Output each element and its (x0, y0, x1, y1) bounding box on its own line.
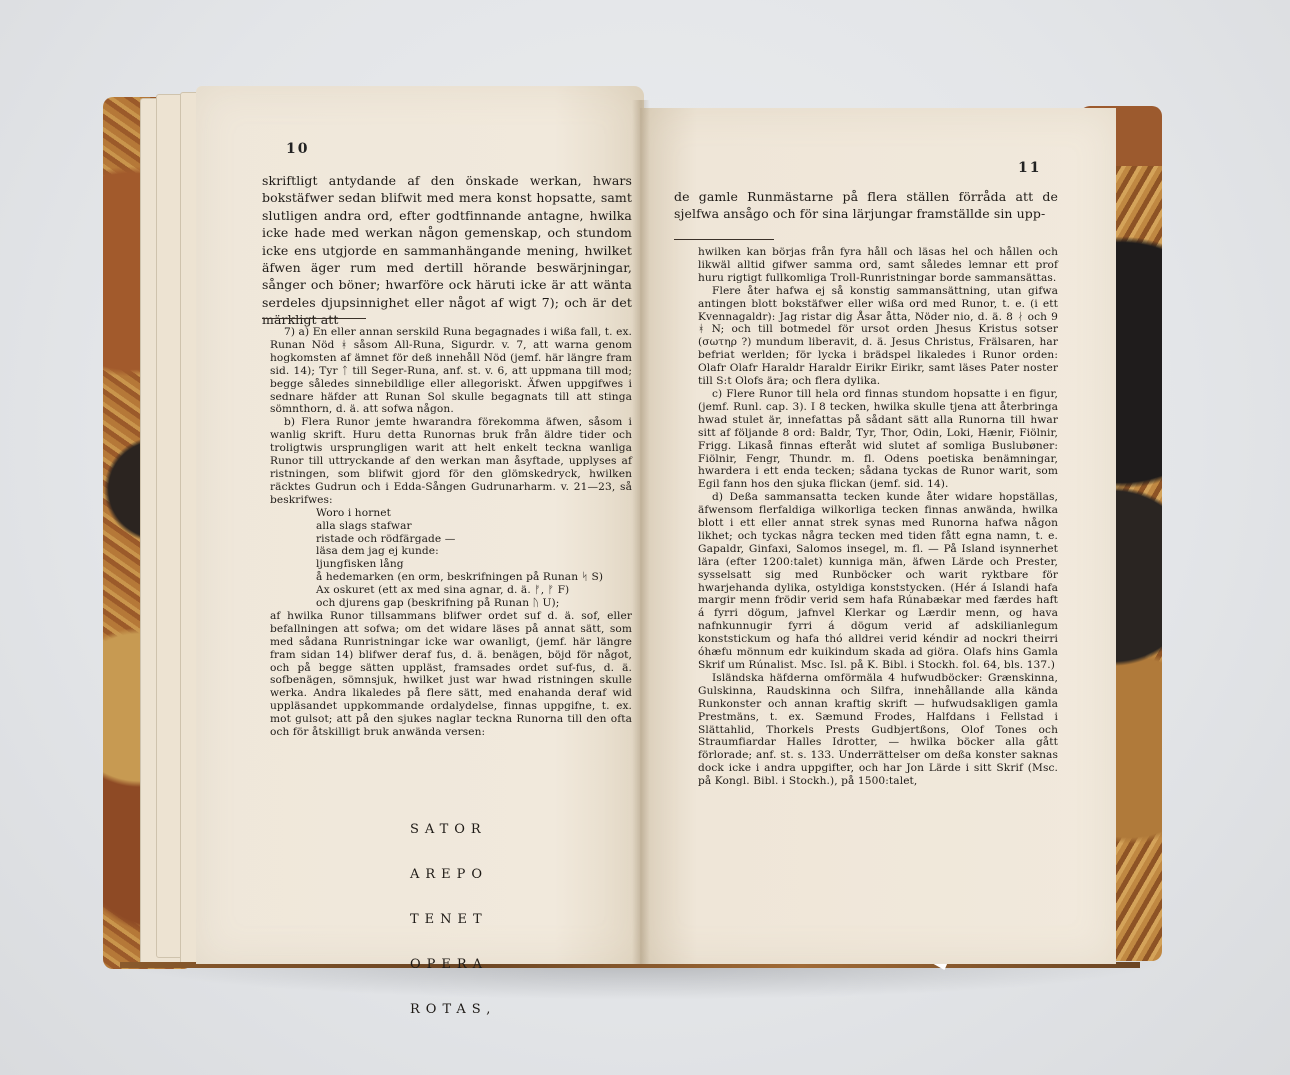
footnote-a: 7) a) En eller annan serskild Runa begag… (270, 326, 632, 416)
footnote-d: d) Deßa sammansatta tecken kunde åter wi… (698, 491, 1058, 672)
footnote-b-intro: b) Flera Runor jemte hwarandra förekomma… (270, 416, 632, 506)
verse-line: ristade och rödfärgade — (316, 533, 632, 546)
footnote-continuation: hwilken kan börjas från fyra håll och lä… (698, 246, 1058, 285)
footnote-b-rest: af hwilka Runor tillsammans blifwer orde… (270, 610, 632, 739)
edda-verse: Woro i hornet alla slags stafwar ristade… (270, 507, 632, 610)
verse-line: Woro i hornet (316, 507, 632, 520)
verse-line: ljungfisken lång (316, 558, 632, 571)
footnote-c: c) Flere Runor till hela ord finnas stun… (698, 388, 1058, 491)
book-gutter (632, 100, 650, 964)
verse-line: och djurens gap (beskrifning på Runan ᚢ … (316, 597, 632, 610)
sator-row: TENET (410, 912, 496, 927)
right-page-body: de gamle Runmästarne på flera ställen fö… (674, 188, 1058, 223)
verse-line: Ax oskuret (ett ax med sina agnar, d. ä.… (316, 584, 632, 597)
sator-row: OPERA (410, 957, 496, 972)
verse-line: alla slags stafwar (316, 520, 632, 533)
footnote-flere: Flere åter hafwa ej så konstig sammansät… (698, 285, 1058, 388)
verse-line: å hedemarken (en orm, beskrifningen på R… (316, 571, 632, 584)
sator-row: SATOR (410, 822, 496, 837)
page-number-left: 10 (286, 141, 309, 157)
footnote-rule (262, 318, 366, 319)
sator-row: ROTAS, (410, 1002, 496, 1017)
body-paragraph: skriftligt antydande af den önskade werk… (262, 172, 632, 329)
verse-line: läsa dem jag ej kunde: (316, 545, 632, 558)
sator-square: SATOR AREPO TENET OPERA ROTAS, (410, 792, 496, 1032)
body-paragraph: de gamle Runmästarne på flera ställen fö… (674, 188, 1058, 223)
left-footnotes: 7) a) En eller annan serskild Runa begag… (270, 326, 632, 739)
sator-row: AREPO (410, 867, 496, 882)
footnote-islandska: Isländska häfderna omförmäla 4 hufwudböc… (698, 672, 1058, 788)
page-number-right: 11 (1018, 160, 1041, 176)
footnote-rule (674, 239, 774, 240)
right-footnotes: hwilken kan börjas från fyra håll och lä… (698, 246, 1058, 788)
left-page-body: skriftligt antydande af den önskade werk… (262, 172, 632, 329)
